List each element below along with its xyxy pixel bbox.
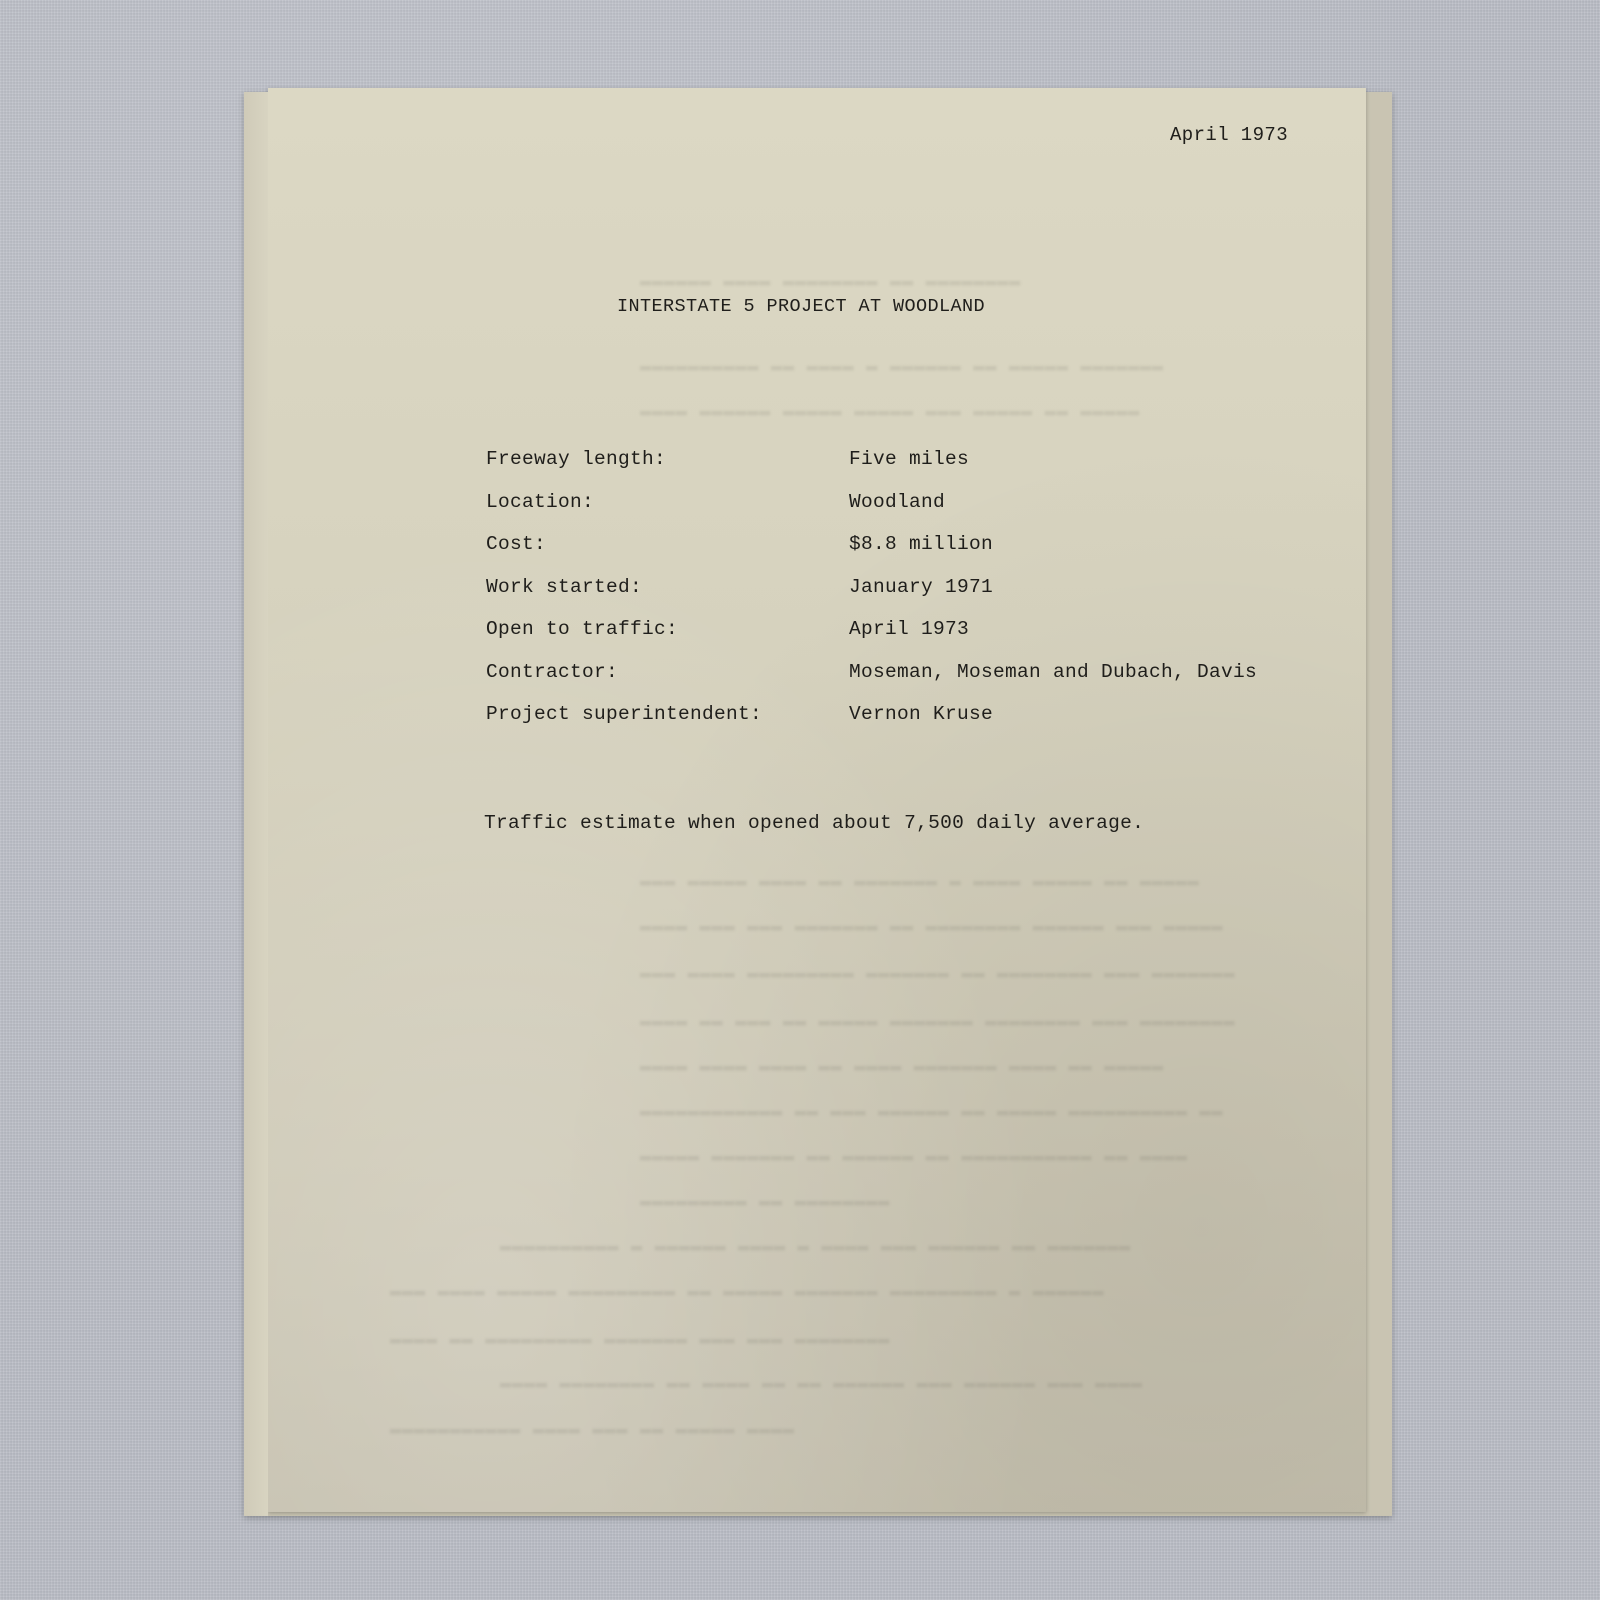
fact-value: $8.8 million (849, 533, 993, 555)
fact-label: Location: (486, 491, 594, 513)
fact-label: Work started: (486, 576, 642, 598)
traffic-estimate-note: Traffic estimate when opened about 7,500… (484, 812, 1144, 834)
fact-label: Cost: (486, 533, 546, 555)
fact-label: Open to traffic: (486, 618, 678, 640)
fact-label: Freeway length: (486, 448, 666, 470)
document-title: INTERSTATE 5 PROJECT AT WOODLAND (617, 296, 985, 317)
fact-value: Vernon Kruse (849, 703, 993, 725)
fact-value: Woodland (849, 491, 945, 513)
fact-value: January 1971 (849, 576, 993, 598)
fact-label: Project superintendent: (486, 703, 762, 725)
fact-value: Moseman, Moseman and Dubach, Davis (849, 661, 1257, 683)
fact-label: Contractor: (486, 661, 618, 683)
fact-value: Five miles (849, 448, 969, 470)
document-date: April 1973 (1170, 124, 1288, 146)
fact-value: April 1973 (849, 618, 969, 640)
